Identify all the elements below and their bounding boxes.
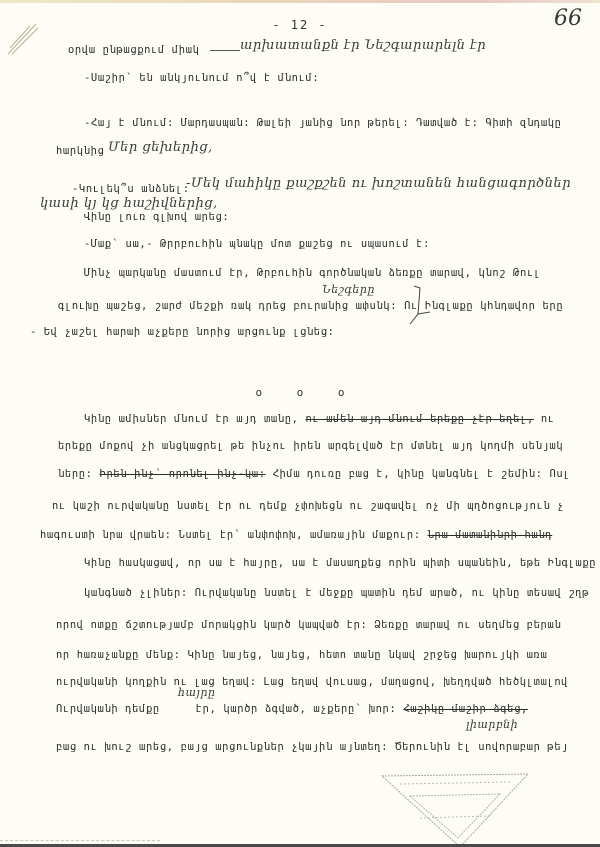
handwritten-annotation: արխատանքն էր Նեշգարարելն էր [240,38,486,53]
struck-text: Իրեն ինչ՝ որոնել ինչ-կա: [100,468,266,480]
scribble-out [210,50,240,51]
handwritten-annotation: -Մեկ մահիկը քաշքշեն ու խոշտանեն հանցագոր… [186,176,571,191]
text-line: երեքը մոքով չի անցկացրել թե ինչու իրեն ա… [58,440,563,452]
typed-text: հագուստի նրա վրաեն: Նստել էր՝ անփոփոխ, ա… [40,529,421,541]
text-line: Կինը հասկացավ, որ սա է հայրը, սա է մասաղ… [84,557,596,569]
typed-text: օրվա ընթացքում միակ [68,44,200,56]
typed-text: ու [541,413,555,425]
text-line: -Մաք՝ սա,- Թրրբուհին պնակը մոտ քաշեց ու … [84,238,430,250]
typed-text: ները: [58,468,93,480]
struck-text: Նրա մատանինրի հանդ [428,529,553,541]
handwritten-annotation: Մեր ցեխերից, [108,140,213,155]
text-line: որ հառաչանքը մենք: Կինը նայեց, նայեց, հե… [56,649,547,661]
text-line: -Սաշիր՝ են անկյունում ո՞վ է մնում: [84,72,319,84]
text-line: ու կաշի ուրվականը նստել էր ու դեմք չփոխե… [52,500,564,512]
page-number: - 12 - [0,18,600,32]
typed-text: Հիմա դուռը բաց է, կինը կանգնել է շեմին: … [273,468,571,480]
handwritten-annotation: Նեշգերը [322,283,375,296]
typed-text: Կինը ամիսներ մնում էր այդ տանը, [84,413,299,425]
text-line: ները: Իրեն ինչ՝ որոնել ինչ-կա: Հիմա դուռ… [58,468,570,480]
text-line: հագուստի նրա վրաեն: Նստել էր՝ անփոփոխ, ա… [40,529,552,541]
text-line: - Եվ չաշել հարաի աչքերը նորից արցունք լց… [30,326,335,338]
typed-text: Ուրվականի դեմքը [56,703,160,715]
insertion-mark-icon [408,284,432,328]
handwritten-annotation: հայրը [178,686,215,699]
text-line: Մինչ պարկանը մաստում էր, Թրբուհին գործնա… [84,267,541,279]
section-separator: o o o [0,386,600,399]
text-line: -Հայ է մնում: Մարդասպան: Թալեի յանից նոր… [84,117,562,129]
scanned-page: 66 - 12 - օրվա ընթացքում միակ արխատանքն … [0,0,600,847]
text-line: բաց ու խուշ արեց, բայց արցունքներ չկային… [56,741,568,753]
struck-text: Հաշիկը մաշիր ձգեց, [403,703,528,715]
text-line: գլուխը պաշեց, շարժ մեշքի ռակ դրեց բուրան… [58,300,563,312]
text-line: որով ոտքը ճշտությամբ մորակցին կարծ կապվա… [56,619,561,631]
text-line: -Կուլեկ՞ս անձնել: [72,183,190,195]
text-line: օրվա ընթացքում միակ [68,44,244,56]
handwritten-annotation: կասի կյ կց հաշիվներից, [40,196,218,211]
typed-text: էր, կարծր ձգված, աչքերը՝ խոր: [196,703,397,715]
scan-edge-top [0,0,600,3]
scan-artifact-line [0,840,160,842]
text-line: ուրվականի կողքին ու լաց եղավ: Լաց եղավ վ… [56,676,568,688]
text-line: Ուրվականի դեմքը էր, կարծր ձգված, աչքերը՝… [56,703,528,715]
struck-text: ու ամեն այդ մնում երեքը չէր եղել, [306,413,534,425]
text-line: հարկնից [56,145,104,157]
handwritten-annotation: լիարբնի [466,718,518,731]
text-line: Վինը լուռ գլխով արեց: [84,211,229,223]
text-line: կանգնած չլիներ: Ուրվականը նստել է մեջքը … [84,587,589,599]
triangle-stamp-icon [380,768,530,847]
text-line: Կինը ամիսներ մնում էր այդ տանը, ու ամեն … [84,413,555,425]
